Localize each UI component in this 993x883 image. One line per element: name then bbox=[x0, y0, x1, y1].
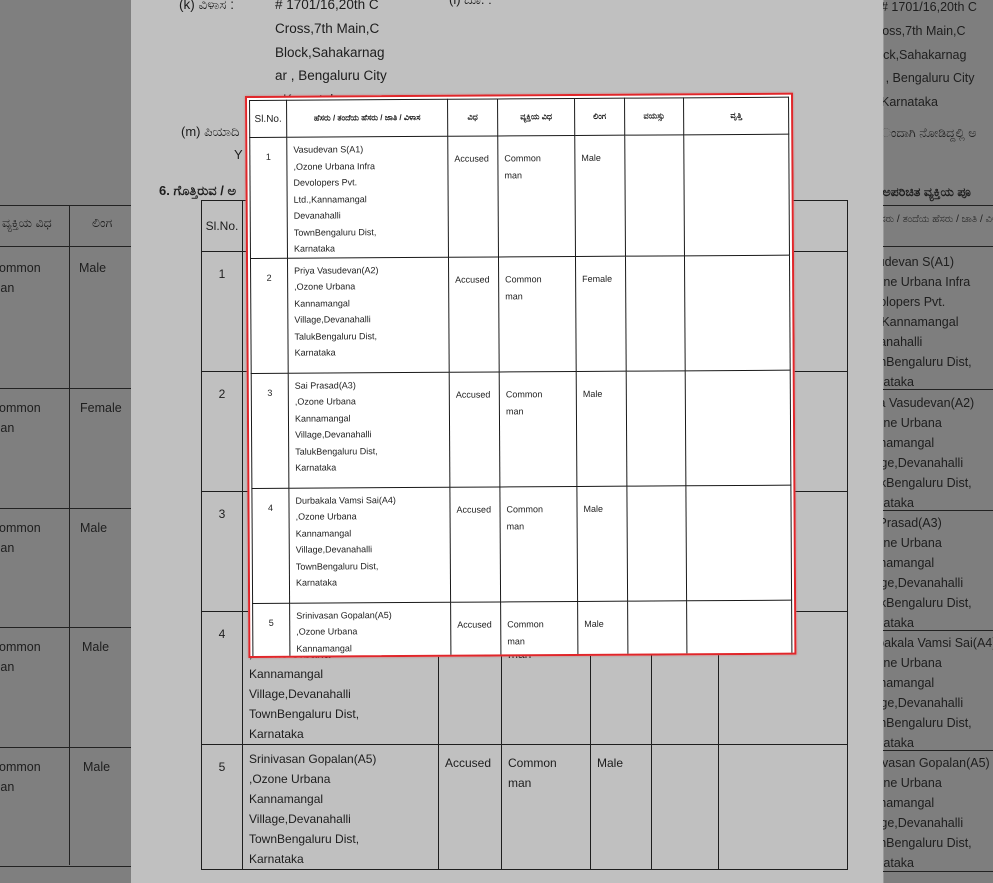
gender-text: Male bbox=[80, 518, 107, 538]
header-gender: ಲಿಂಗ bbox=[575, 98, 625, 135]
address-line: Cross,7th Main,C bbox=[883, 21, 966, 41]
name-address: Durbakala Vamsi Sai(A4),Ozone UrbanaKann… bbox=[289, 487, 451, 603]
header-occupation: ವೃತ್ತಿ bbox=[684, 97, 789, 135]
person-type-text: Commonman bbox=[0, 518, 41, 558]
table-border bbox=[0, 627, 131, 628]
field-m-label: (m) ಪಿಯಾದಿ bbox=[181, 124, 239, 140]
table-border bbox=[0, 747, 131, 748]
person-type: Commonman bbox=[499, 371, 577, 486]
sl-no: 3 bbox=[202, 492, 242, 524]
table-row: 1 Vasudevan S(A1),Ozone Urbana InfraDevo… bbox=[250, 134, 790, 258]
address-line: # 1701/16,20th C bbox=[275, 0, 379, 12]
gender: Female bbox=[575, 256, 626, 371]
table-row: 5 Srinivasan Gopalan(A5),Ozone UrbanaKan… bbox=[253, 600, 793, 658]
header-name: ಹೆಸರು / ತಂದೆಯ ಹೆಸರು / ಜಾತಿ / ವಿಳಾಸ bbox=[287, 99, 448, 137]
table-header-row: Sl.No. ಹೆಸರು / ತಂದೆಯ ಹೆಸರು / ಜಾತಿ / ವಿಳಾ… bbox=[250, 97, 789, 137]
left-background-strip: ವ್ಯಕ್ತಿಯ ವಿಧ ಲಿಂಗ Commonman Male Commonm… bbox=[0, 0, 131, 883]
age bbox=[625, 135, 685, 256]
address-line: Cross,7th Main,C bbox=[275, 21, 379, 36]
name-address: Vasudevan S(A1),Ozone Urbana InfraDevolo… bbox=[883, 252, 972, 392]
occupation bbox=[687, 600, 793, 658]
table-border bbox=[883, 871, 993, 872]
name-address: Sai Prasad(A3),Ozone UrbanaKannamangalVi… bbox=[288, 372, 450, 488]
name-address: Srinivasan Gopalan(A5) ,Ozone Urbana Kan… bbox=[243, 745, 438, 869]
name-address: Durbakala Vamsi Sai(A4),Ozone UrbanaKann… bbox=[883, 633, 993, 753]
table-border bbox=[883, 630, 993, 631]
sl-no: 3 bbox=[251, 373, 289, 488]
header-age: ವಯಸ್ಸು bbox=[625, 98, 684, 135]
age bbox=[626, 370, 686, 485]
name-address: Vasudevan S(A1),Ozone Urbana InfraDevolo… bbox=[287, 136, 449, 257]
table-border bbox=[0, 508, 131, 509]
table-row: 4 Durbakala Vamsi Sai(A4),Ozone UrbanaKa… bbox=[252, 485, 792, 603]
header-sl-no: Sl.No. bbox=[250, 100, 287, 137]
table-row: 5 Srinivasan Gopalan(A5) ,Ozone Urbana K… bbox=[202, 745, 848, 870]
address-line: Karnataka bbox=[883, 92, 938, 112]
table-border bbox=[69, 205, 70, 865]
address-line: ar , Bengaluru City bbox=[275, 68, 387, 83]
gender-text: Male bbox=[79, 258, 106, 278]
occupation bbox=[684, 134, 790, 255]
name-address: Sai Prasad(A3),Ozone UrbanaKannamangalVi… bbox=[883, 513, 972, 633]
occupation bbox=[686, 485, 792, 601]
table-border bbox=[0, 205, 131, 206]
person-type: Commonman bbox=[500, 486, 578, 601]
table-border bbox=[883, 389, 993, 390]
gender: Male bbox=[577, 486, 628, 601]
gender-text: Male bbox=[82, 637, 109, 657]
type: Accused bbox=[439, 745, 501, 773]
person-type: Commonman bbox=[498, 135, 576, 256]
gender-text: Male bbox=[83, 757, 110, 777]
person-type: Commonman bbox=[502, 745, 590, 793]
sl-no: 5 bbox=[202, 745, 242, 777]
sl-no: 1 bbox=[250, 137, 288, 258]
header-person-type: ವ್ಯಕ್ತಿಯ ವಿಧ bbox=[498, 98, 575, 135]
field-l-label: (l) ದೂ. : bbox=[449, 0, 492, 8]
table-border bbox=[883, 510, 993, 511]
name-address: Srinivasan Gopalan(A5),Ozone UrbanaKanna… bbox=[290, 602, 452, 658]
table-border bbox=[883, 246, 993, 247]
occupation bbox=[685, 370, 791, 486]
address-line: # 1701/16,20th C bbox=[883, 0, 977, 17]
gender: Male bbox=[576, 371, 627, 486]
occupation bbox=[684, 255, 790, 371]
address-line: Block,Sahakarnag bbox=[883, 45, 966, 65]
sl-no: 1 bbox=[202, 252, 242, 284]
name-address: Priya Vasudevan(A2),Ozone UrbanaKannaman… bbox=[883, 393, 974, 513]
table-border bbox=[0, 388, 131, 389]
type: Accused bbox=[450, 486, 501, 601]
type: Accused bbox=[448, 136, 499, 257]
age bbox=[625, 255, 685, 370]
person-type-text: Commonman bbox=[0, 258, 41, 298]
table-border bbox=[0, 246, 131, 247]
section-6-title: 6. ಗೊತ್ತಿರುವ / ಅ bbox=[159, 183, 236, 199]
accused-table: Sl.No. ಹೆಸರು / ತಂದೆಯ ಹೆಸರು / ಜಾತಿ / ವಿಳಾ… bbox=[249, 97, 793, 658]
gender: Male bbox=[575, 135, 626, 256]
sl-no: 4 bbox=[252, 488, 290, 603]
right-background-strip: # 1701/16,20th C Cross,7th Main,C Block,… bbox=[883, 0, 993, 883]
name-address: Srinivasan Gopalan(A5),Ozone UrbanaKanna… bbox=[883, 753, 990, 873]
section-note: ಂದಾಗಿ ನೋಡಿದ್ದಲ್ಲಿ ಅ bbox=[883, 123, 977, 143]
type: Accused bbox=[449, 371, 500, 486]
sl-no: 2 bbox=[202, 372, 242, 404]
gender: Male bbox=[578, 601, 629, 658]
sl-no: 4 bbox=[202, 612, 242, 644]
table-row: 3 Sai Prasad(A3),Ozone UrbanaKannamangal… bbox=[251, 370, 791, 488]
gender: Male bbox=[591, 745, 651, 773]
sl-no: 2 bbox=[250, 258, 288, 373]
header-type: ವಿಧ bbox=[448, 99, 498, 136]
header-gender: ಲಿಂಗ bbox=[92, 213, 112, 233]
age bbox=[628, 600, 688, 658]
table-border bbox=[0, 866, 131, 867]
table-border bbox=[883, 205, 993, 206]
table-row: 2 Priya Vasudevan(A2),Ozone UrbanaKannam… bbox=[250, 255, 790, 373]
section-title: /ಅಪರಿಚಿತ ವ್ಯಕ್ತಿಯ ಪೂ bbox=[883, 182, 971, 202]
person-type: Commonman bbox=[498, 256, 576, 371]
name-address: Priya Vasudevan(A2),Ozone UrbanaKannaman… bbox=[287, 257, 449, 373]
address-label: (k) ವಿಳಾಸ : bbox=[179, 0, 234, 13]
person-type: Commonman bbox=[501, 601, 579, 658]
address-line: ar , Bengaluru City bbox=[883, 68, 975, 88]
field-m-value: Y bbox=[234, 147, 243, 162]
table-border bbox=[883, 750, 993, 751]
address-line: Block,Sahakarnag bbox=[275, 45, 385, 60]
type: Accused bbox=[448, 256, 499, 371]
header-name: ಹೆಸರು / ತಂದೆಯ ಹೆಸರು / ಜಾತಿ / ವಿಳಾಸ bbox=[883, 210, 993, 230]
header-person-type: ವ್ಯಕ್ತಿಯ ವಿಧ bbox=[2, 213, 52, 233]
sl-no: 5 bbox=[253, 603, 291, 658]
person-type-text: Commonman bbox=[0, 757, 41, 797]
person-type-text: Commonman bbox=[0, 398, 41, 438]
highlighted-table-crop: Sl.No. ಹೆಸರು / ತಂದೆಯ ಹೆಸರು / ಜಾತಿ / ವಿಳಾ… bbox=[245, 93, 796, 658]
person-type-text: Commonman bbox=[0, 637, 41, 677]
type: Accused bbox=[451, 601, 502, 658]
gender-text: Female bbox=[80, 398, 122, 418]
header-sl-no: Sl.No. bbox=[202, 201, 243, 252]
age bbox=[627, 485, 687, 600]
